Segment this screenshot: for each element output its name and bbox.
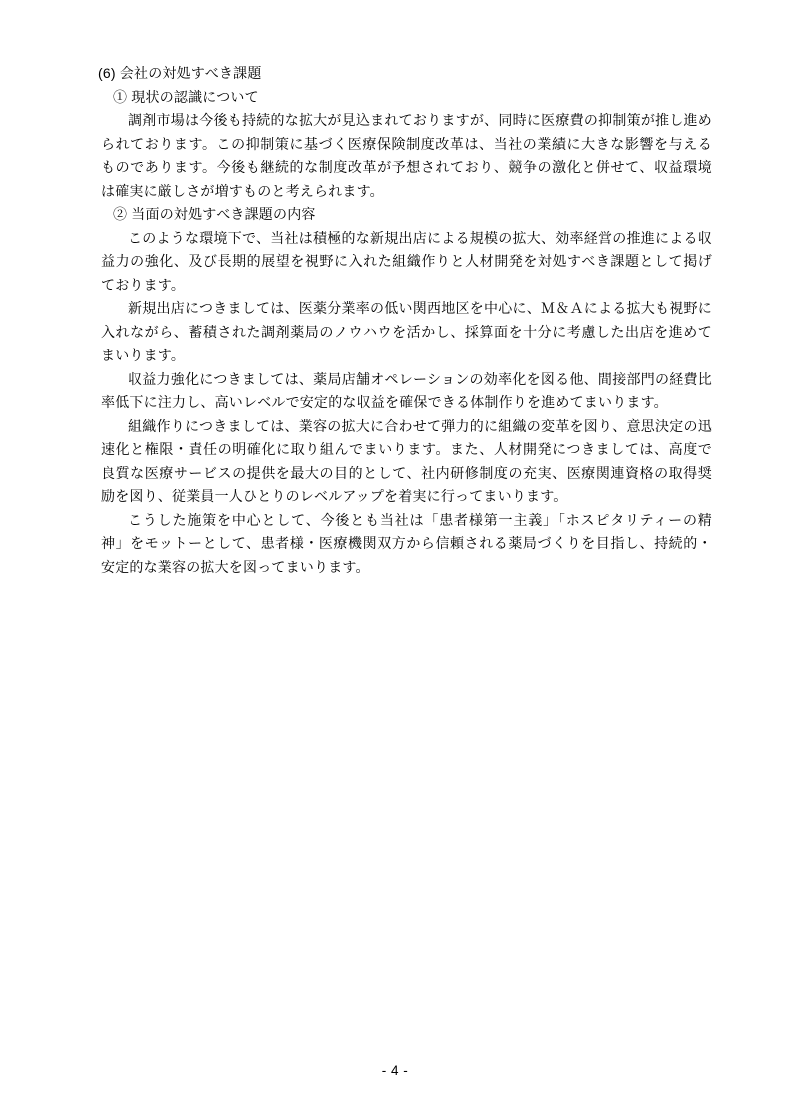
paragraph-line: ものであります。今後も継続的な制度改革が予想されており、競争の激化と併せて、収益…: [101, 156, 712, 180]
paragraph-line: られております。この抑制策に基づく医療保険制度改革は、当社の業績に大きな影響を与…: [101, 133, 712, 157]
paragraph-line: 益力の強化、及び長期的展望を視野に入れた組織作りと人材開発を対処すべき課題として…: [101, 250, 712, 274]
paragraph-line: 組織作りにつきましては、業容の拡大に合わせて弾力的に組織の変革を図り、意思決定の…: [101, 415, 712, 439]
paragraph-line: 速化と権限・責任の明確化に取り組んでまいります。また、人材開発につきましては、高…: [101, 438, 712, 462]
document-body: (6) 会社の対処すべき課題① 現状の認識について調剤市場は今後も持続的な拡大が…: [98, 62, 712, 579]
paragraph-line: 新規出店につきましては、医薬分業率の低い関西地区を中心に、Ｍ＆Ａによる拡大も視野…: [101, 297, 712, 321]
subsection-heading: ① 現状の認識について: [113, 86, 712, 110]
paragraph-line: このような環境下で、当社は積極的な新規出店による規模の拡大、効率経営の推進による…: [101, 227, 712, 251]
paragraph-line: 良質な医療サービスの提供を最大の目的として、社内研修制度の充実、医療関連資格の取…: [101, 462, 712, 486]
page-footer: - 4 -: [0, 1063, 790, 1078]
page-number: - 4 -: [382, 1063, 409, 1078]
paragraph-line: 調剤市場は今後も持続的な拡大が見込まれておりますが、同時に医療費の抑制策が推し進…: [101, 109, 712, 133]
paragraph-line: こうした施策を中心として、今後とも当社は「患者様第一主義」「ホスピタリティーの精: [101, 509, 712, 533]
section-heading: (6) 会社の対処すべき課題: [98, 62, 712, 86]
document-page: (6) 会社の対処すべき課題① 現状の認識について調剤市場は今後も持続的な拡大が…: [0, 0, 790, 1118]
paragraph-line: 率低下に注力し、高いレベルで安定的な収益を確保できる体制作りを進めてまいります。: [101, 391, 712, 415]
paragraph-line: 安定的な業容の拡大を図ってまいります。: [101, 556, 712, 580]
paragraph-line: 励を図り、従業員一人ひとりのレベルアップを着実に行ってまいります。: [101, 485, 712, 509]
paragraph-line: 神」をモットーとして、患者様・医療機関双方から信頼される薬局づくりを目指し、持続…: [101, 532, 712, 556]
paragraph-line: 入れながら、蓄積された調剤薬局のノウハウを活かし、採算面を十分に考慮した出店を進…: [101, 321, 712, 345]
paragraph-line: まいります。: [101, 344, 712, 368]
paragraph-line: は確実に厳しさが増すものと考えられます。: [101, 180, 712, 204]
paragraph-line: ております。: [101, 274, 712, 298]
subsection-heading: ② 当面の対処すべき課題の内容: [113, 203, 712, 227]
paragraph-line: 収益力強化につきましては、薬局店舗オペレーションの効率化を図る他、間接部門の経費…: [101, 368, 712, 392]
